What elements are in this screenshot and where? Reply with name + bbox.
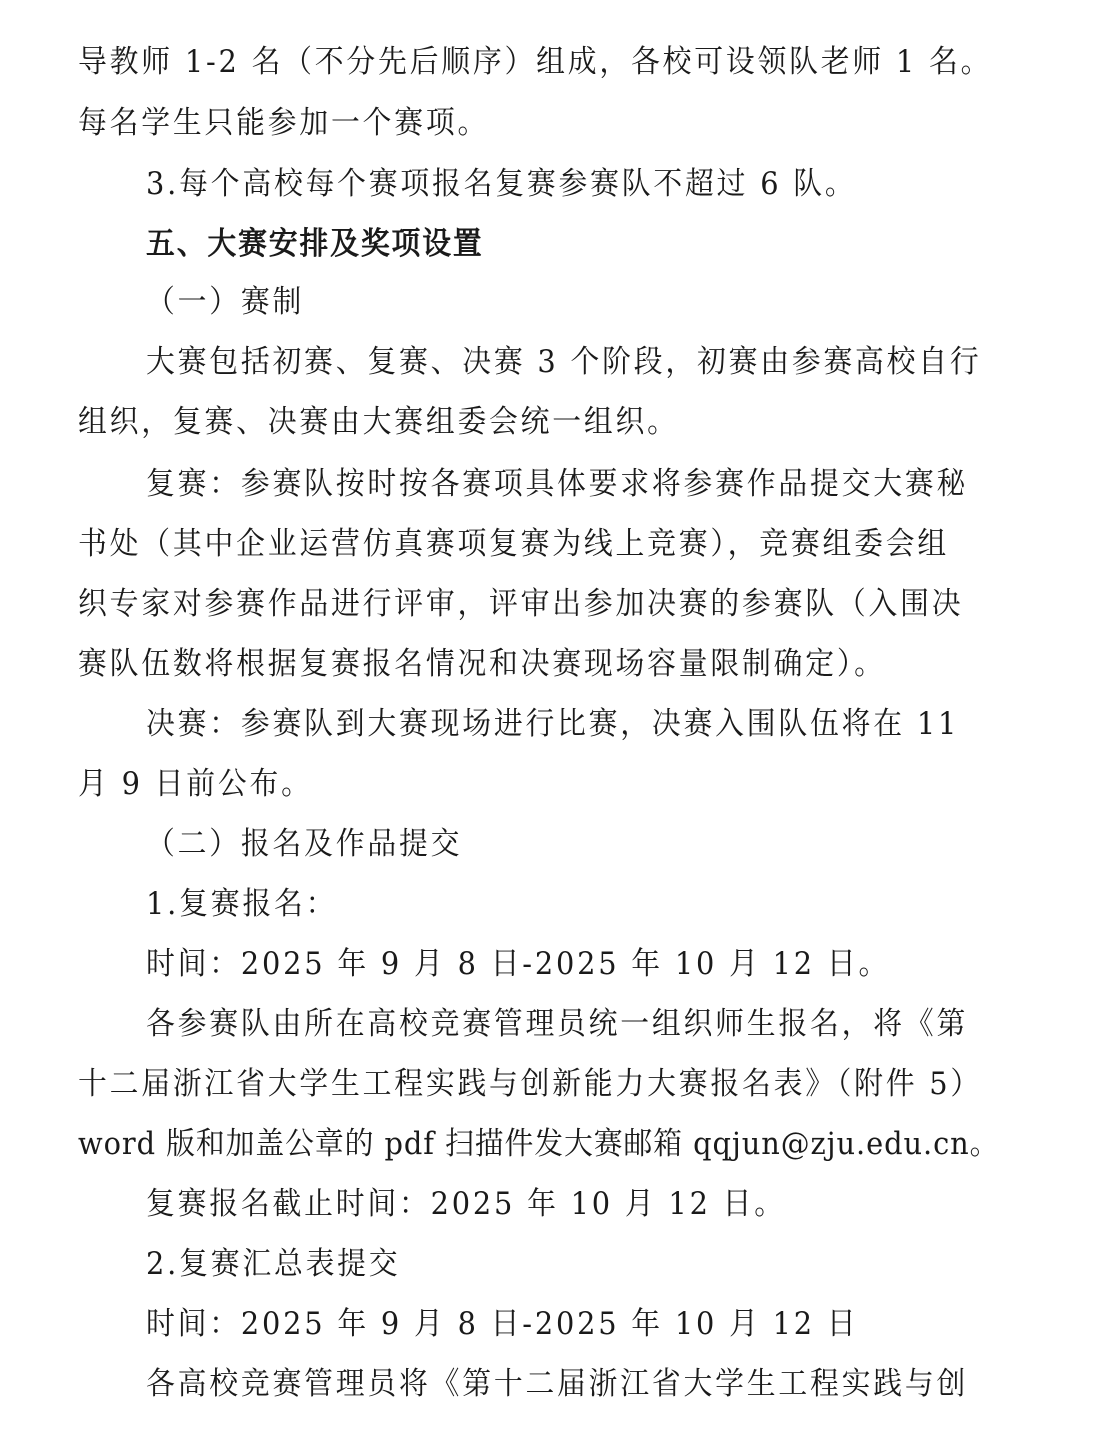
paragraph-line-stages: 大赛包括初赛、复赛、决赛 3 个阶段，初赛由参赛高校自行 [146,332,1039,392]
paragraph-line-final: 决赛：参赛队到大赛现场进行比赛，决赛入围队伍将在 11 [146,694,1039,754]
subsection-heading-format: （一）赛制 [146,272,1039,332]
paragraph-line-registration-form: 十二届浙江省大学生工程实践与创新能力大赛报名表》（附件 5） [78,1054,971,1114]
section-heading-arrangements-awards: 五、大赛安排及奖项设置 [146,214,1039,274]
paragraph-line-team-composition: 导教师 1-2 名（不分先后顺序）组成，各校可设领队老师 1 名。 [78,32,971,92]
paragraph-line-registration-deadline: 复赛报名截止时间：2025 年 10 月 12 日。 [146,1174,1039,1234]
paragraph-line-semifinal-cont-2: 织专家对参赛作品进行评审，评审出参加决赛的参赛队（入围决 [78,574,971,634]
paragraph-line-one-event-per-student: 每名学生只能参加一个赛项。 [78,93,971,153]
paragraph-line-registration-email: word 版和加盖公章的 pdf 扫描件发大赛邮箱 qqjun@zju.edu.… [78,1114,971,1174]
paragraph-line-stages-cont: 组织，复赛、决赛由大赛组委会统一组织。 [78,392,971,452]
paragraph-line-final-cont: 月 9 日前公布。 [78,754,971,814]
paragraph-line-registration-time: 时间：2025 年 9 月 8 日-2025 年 10 月 12 日。 [146,934,1039,994]
list-item-semifinal-registration: 1.复赛报名： [146,874,1039,934]
list-item-summary-submission: 2.复赛汇总表提交 [146,1234,1039,1294]
document-page: 导教师 1-2 名（不分先后顺序）组成，各校可设领队老师 1 名。 每名学生只能… [0,0,1100,1450]
paragraph-line-semifinal-cont-1: 书处（其中企业运营仿真赛项复赛为线上竞赛），竞赛组委会组 [78,514,971,574]
paragraph-line-summary-process: 各高校竞赛管理员将《第十二届浙江省大学生工程实践与创 [146,1354,1039,1414]
paragraph-line-semifinal-cont-3: 赛队伍数将根据复赛报名情况和决赛现场容量限制确定）。 [78,634,971,694]
paragraph-line-summary-time: 时间：2025 年 9 月 8 日-2025 年 10 月 12 日 [146,1294,1039,1354]
subsection-heading-registration: （二）报名及作品提交 [146,814,1039,874]
paragraph-line-semifinal: 复赛：参赛队按时按各赛项具体要求将参赛作品提交大赛秘 [146,454,1039,514]
list-item-team-limit: 3.每个高校每个赛项报名复赛参赛队不超过 6 队。 [146,154,1039,214]
paragraph-line-registration-process: 各参赛队由所在高校竞赛管理员统一组织师生报名，将《第 [146,994,1039,1054]
